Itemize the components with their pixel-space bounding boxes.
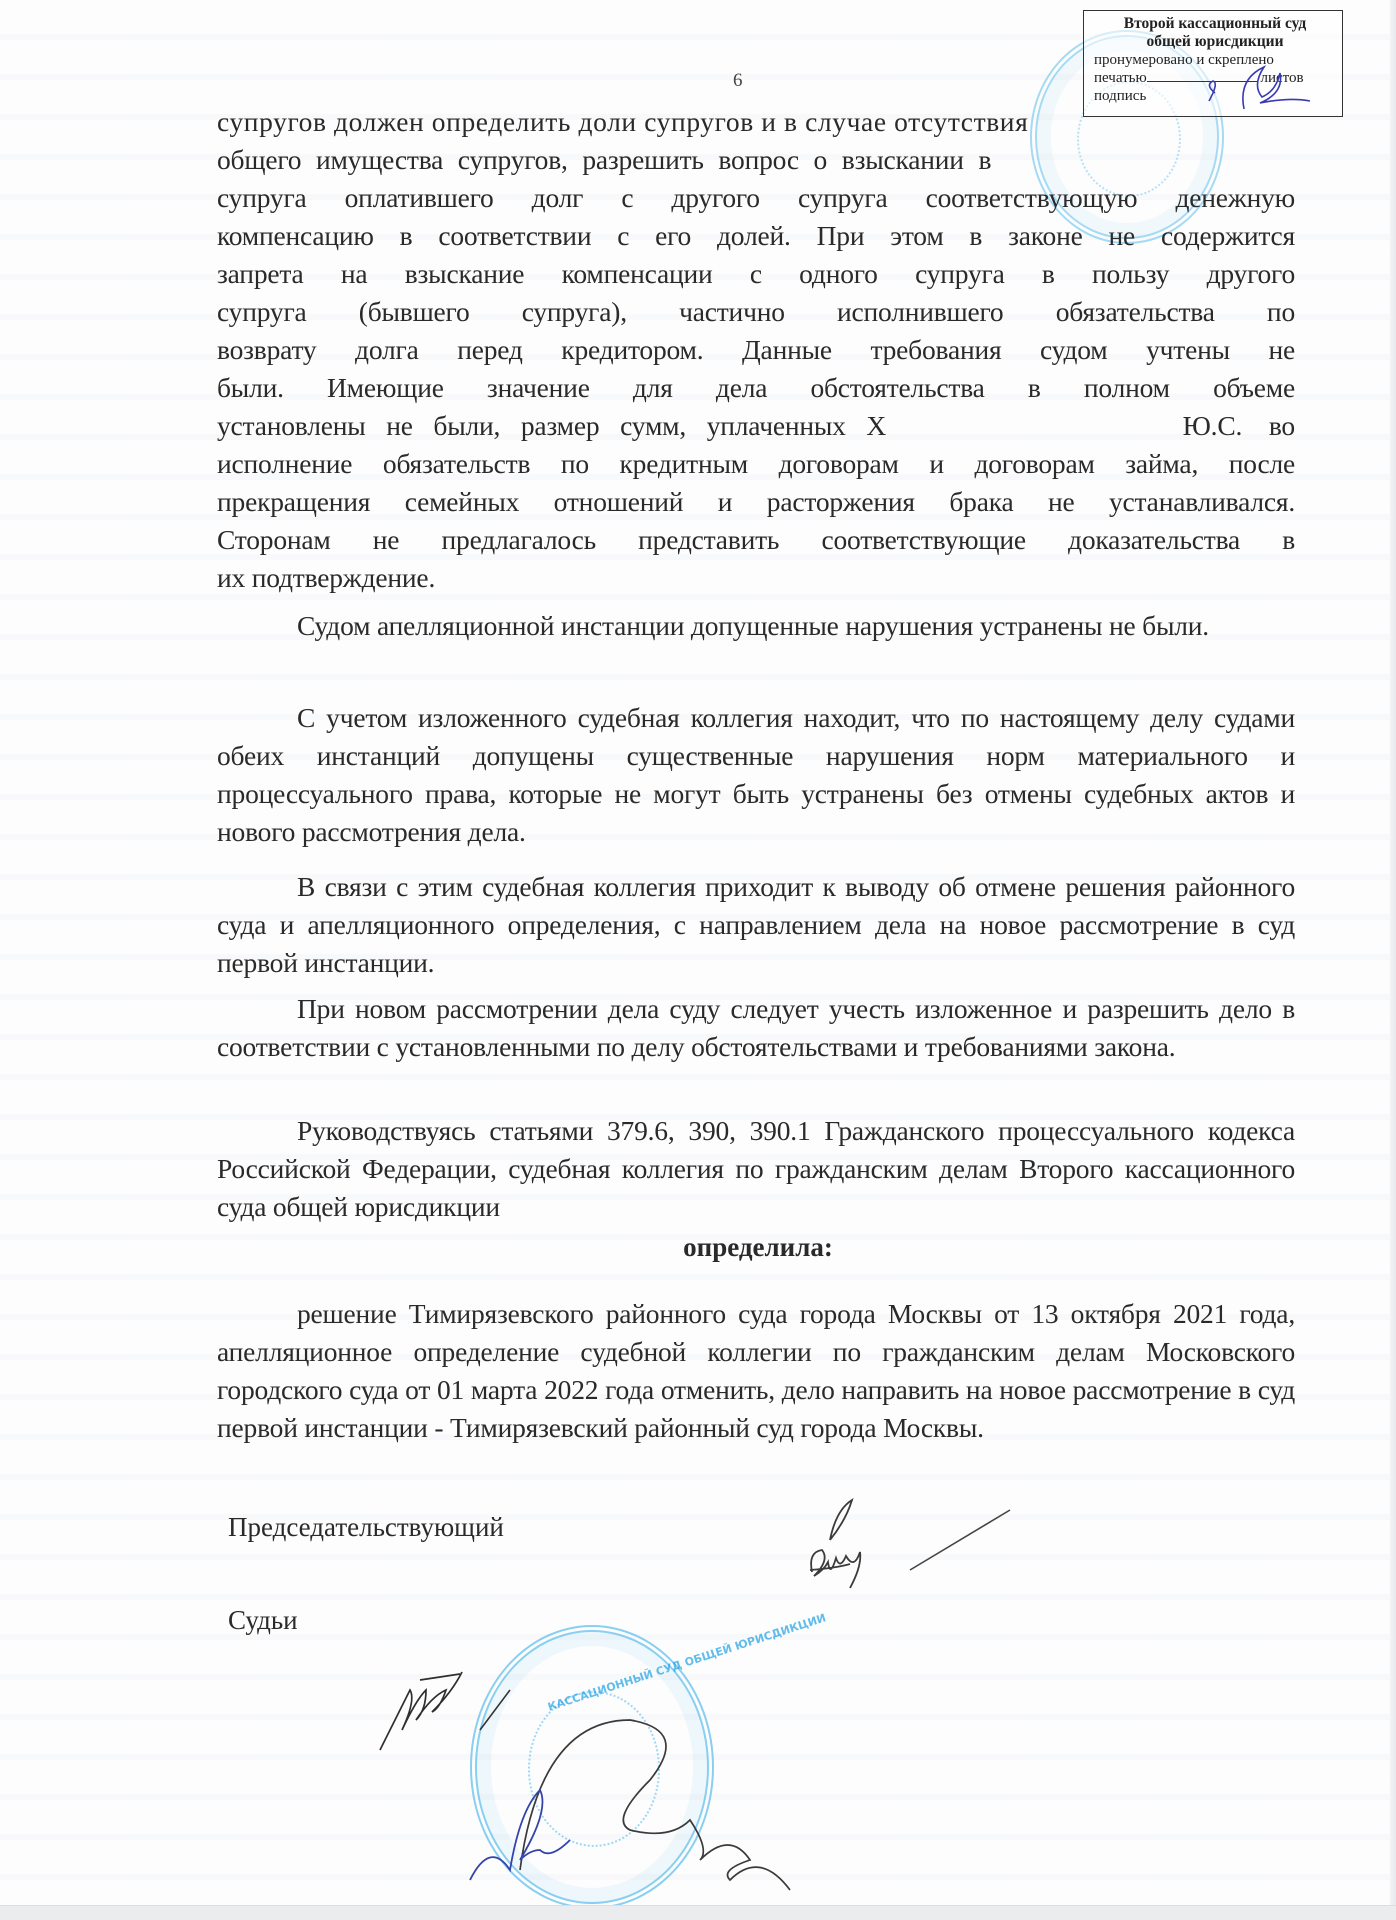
p1-line-7: возврату долга перед кредитором. Данные … (217, 331, 1295, 369)
page-number: 6 (733, 70, 743, 92)
p6-text: Руководствуясь статьями 379.6, 390, 390.… (217, 1112, 1295, 1226)
p3-text: С учетом изложенного судебная коллегия н… (217, 699, 1295, 851)
registry-title-2: общей юрисдикции (1094, 33, 1336, 51)
p1-line-3: супруга оплатившего долг с другого супру… (217, 179, 1295, 217)
p5-text: При новом рассмотрении дела суду следует… (217, 990, 1295, 1066)
p1-line-6: супруга (бывшего супруга), частично испо… (217, 293, 1295, 331)
paragraph-6: Руководствуясь статьями 379.6, 390, 390.… (217, 1112, 1295, 1226)
scan-bottom-edge (0, 1905, 1396, 1920)
redacted-name (969, 407, 1099, 445)
p1-line-9-suffix: Ю.С. во (1183, 407, 1295, 445)
p1-line-2: общего имущества супругов, разрешить воп… (217, 141, 1295, 179)
ruling-text: решение Тимирязевского районного суда го… (217, 1295, 1295, 1447)
p1-line-9: установлены не были, размер сумм, уплаче… (217, 407, 1295, 445)
registry-box: Второй кассационный суд общей юрисдикции… (1083, 10, 1343, 117)
ruling-paragraph: решение Тимирязевского районного суда го… (217, 1295, 1295, 1447)
p1-line-4: компенсацию в соответствии с его долей. … (217, 217, 1295, 255)
p1-line-9-text: установлены не были, размер сумм, уплаче… (217, 407, 886, 445)
registry-title-1: Второй кассационный суд (1094, 15, 1336, 33)
p4-text: В связи с этим судебная коллегия приходи… (217, 868, 1295, 982)
registry-seal-label: печатью (1094, 70, 1147, 86)
paragraph-5: При новом рассмотрении дела суду следует… (217, 990, 1295, 1066)
p1-line-13: их подтверждение. (217, 559, 1295, 597)
p1-line-5: запрета на взыскание компенсации с одног… (217, 255, 1295, 293)
paragraph-2: Судом апелляционной инстанции допущенные… (217, 607, 1295, 645)
document-page: 6 Второй кассационный суд общей юрисдикц… (0, 0, 1396, 1920)
judge-signatures-icon (370, 1640, 970, 1900)
judges-label: Судьи (228, 1605, 298, 1636)
p2-text: Судом апелляционной инстанции допущенные… (217, 607, 1295, 645)
paragraph-3: С учетом изложенного судебная коллегия н… (217, 699, 1295, 851)
ruling-heading: определила: (0, 1232, 1396, 1263)
p1-line-8: были. Имеющие значение для дела обстояте… (217, 369, 1295, 407)
paragraph-4: В связи с этим судебная коллегия приходи… (217, 868, 1295, 982)
p1-line-10: исполнение обязательств по кредитным дог… (217, 445, 1295, 483)
page-edge (1390, 0, 1396, 1920)
p1-line-11: прекращения семейных отношений и расторж… (217, 483, 1295, 521)
presiding-label: Председательствующий (228, 1512, 504, 1543)
p1-line-12: Сторонам не предлагалось представить соо… (217, 521, 1295, 559)
p1-line-1: супругов должен определить доли супругов… (217, 103, 1295, 141)
presiding-signature-icon (800, 1500, 1060, 1640)
paragraph-1: супругов должен определить доли супругов… (217, 103, 1295, 597)
